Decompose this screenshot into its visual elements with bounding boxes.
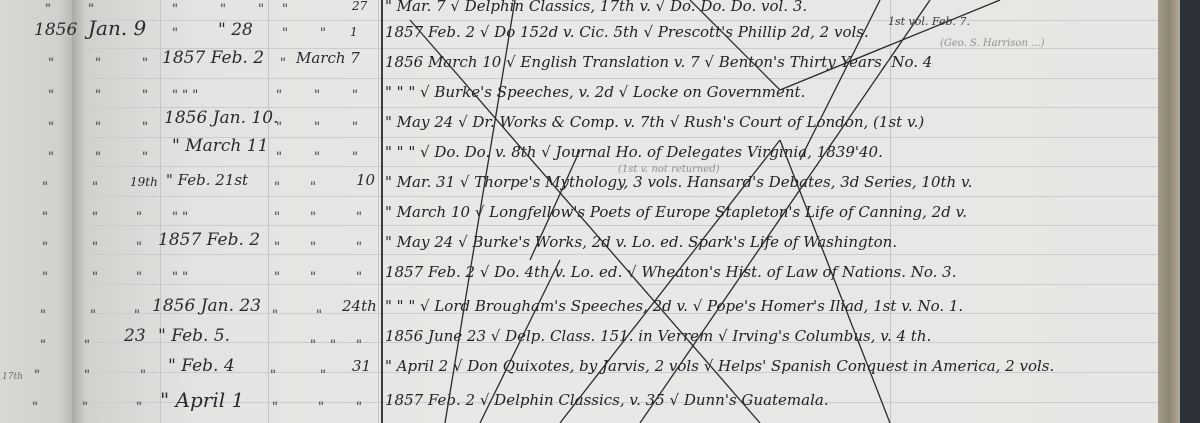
cross-out-strokes (0, 0, 1200, 423)
